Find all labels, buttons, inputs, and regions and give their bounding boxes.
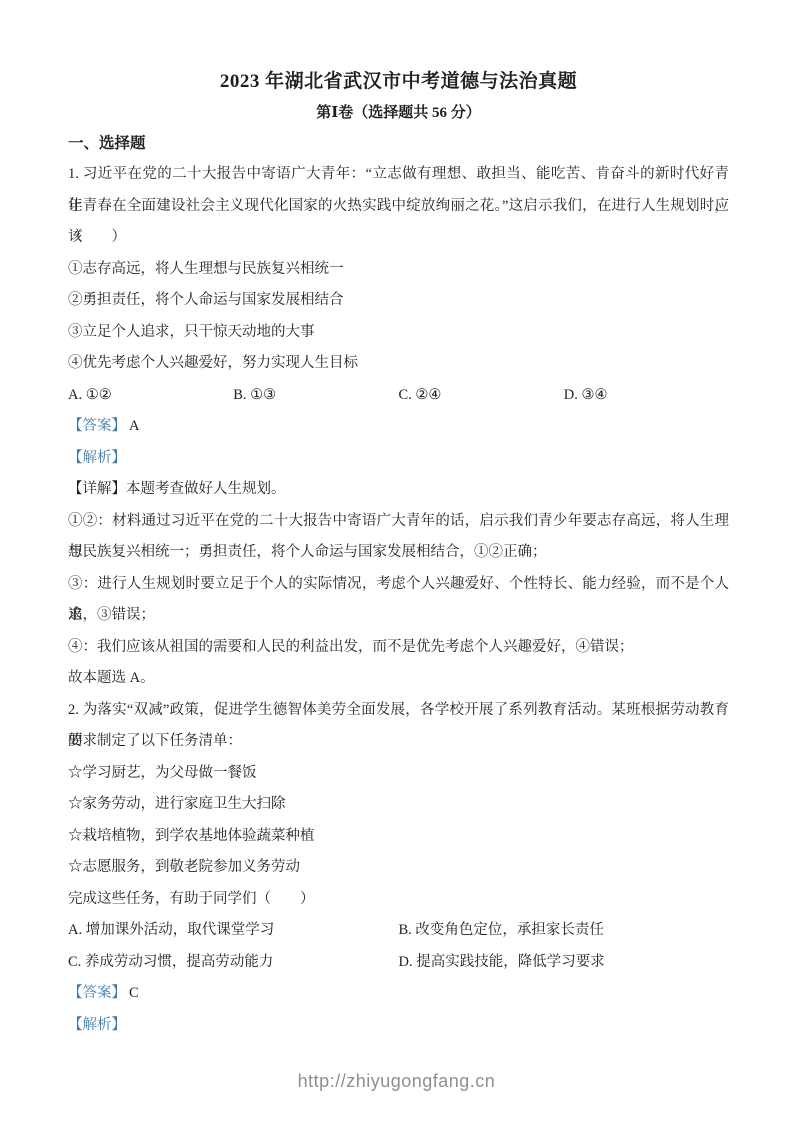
q2-analysis-line: 【解析】 [68, 1010, 729, 1042]
q1-analysis-label: 【解析】 [68, 450, 126, 466]
q2-answer-value: C [129, 985, 139, 1001]
q2-choice-c: C. 养成劳动习惯，提高劳动能力 [68, 947, 399, 979]
q2-stem-line-1: 2. 为落实“双减”政策，促进学生德智体美劳全面发展，各学校开展了系列教育活动。… [68, 695, 729, 727]
q2-task-line-3: ☆栽培植物，到学农基地体验蔬菜种植 [68, 821, 729, 853]
document-page: 2023 年湖北省武汉市中考道德与法治真题 第Ⅰ卷（选择题共 56 分） 一、选… [0, 0, 793, 1122]
q1-stem-line-3: （ ） [68, 222, 729, 254]
q1-numbered-option-3: ③立足个人追求，只干惊天动地的大事 [68, 317, 729, 349]
q2-task-line-4: ☆志愿服务，到敬老院参加义务劳动 [68, 852, 729, 884]
q2-choice-d: D. 提高实践技能，降低学习要求 [399, 947, 730, 979]
q2-task-line-1: ☆学习厨艺，为父母做一餐饭 [68, 758, 729, 790]
q1-answer-line: 【答案】A [68, 411, 729, 443]
q1-choice-b: B. ①③ [233, 380, 398, 412]
watermark-url: http://zhiyugongfang.cn [0, 1071, 793, 1092]
document-content: 2023 年湖北省武汉市中考道德与法治真题 第Ⅰ卷（选择题共 56 分） 一、选… [0, 0, 793, 1041]
q2-stem-line-3: 完成这些任务，有助于同学们（ ） [68, 884, 729, 916]
page-title: 2023 年湖北省武汉市中考道德与法治真题 [68, 66, 729, 98]
q2-choice-b: B. 改变角色定位，承担家长责任 [399, 915, 730, 947]
section-heading: 一、选择题 [68, 129, 729, 159]
q1-explanation-line-3: ③：进行人生规划时要立足于个人的实际情况，考虑个人兴趣爱好、个性特长、能力经验，… [68, 569, 729, 601]
q1-choice-c: C. ②④ [399, 380, 564, 412]
q1-answer-value: A [129, 418, 139, 434]
q1-numbered-option-2: ②勇担责任，将个人命运与国家发展相结合 [68, 285, 729, 317]
q1-stem-line-1: 1. 习近平在党的二十大报告中寄语广大青年：“立志做有理想、敢担当、能吃苦、肯奋… [68, 159, 729, 191]
q2-choices-row-2: C. 养成劳动习惯，提高劳动能力 D. 提高实践技能，降低学习要求 [68, 947, 729, 979]
page-subtitle: 第Ⅰ卷（选择题共 56 分） [68, 98, 729, 129]
q1-answer-label: 【答案】 [68, 418, 126, 434]
q2-answer-line: 【答案】C [68, 978, 729, 1010]
q2-choices-row-1: A. 增加课外活动，取代课堂学习 B. 改变角色定位，承担家长责任 [68, 915, 729, 947]
q1-analysis-line: 【解析】 [68, 443, 729, 475]
q1-explanation-line-1: ①②：材料通过习近平在党的二十大报告中寄语广大青年的话，启示我们青少年要志存高远… [68, 506, 729, 538]
q1-choices-row: A. ①② B. ①③ C. ②④ D. ③④ [68, 380, 729, 412]
q1-explanation-line-4: 求，③错误； [68, 600, 729, 632]
q2-task-line-2: ☆家务劳动，进行家庭卫生大扫除 [68, 789, 729, 821]
q1-explanation-line-5: ④：我们应该从祖国的需要和人民的利益出发，而不是优先考虑个人兴趣爱好，④错误； [68, 632, 729, 664]
q1-numbered-option-4: ④优先考虑个人兴趣爱好，努力实现人生目标 [68, 348, 729, 380]
q1-choice-d: D. ③④ [564, 380, 729, 412]
q1-choice-a: A. ①② [68, 380, 233, 412]
q2-choice-a: A. 增加课外活动，取代课堂学习 [68, 915, 399, 947]
q1-numbered-option-1: ①志存高远，将人生理想与民族复兴相统一 [68, 254, 729, 286]
q2-stem-line-2: 要求制定了以下任务清单： [68, 726, 729, 758]
q2-analysis-label: 【解析】 [68, 1017, 126, 1033]
q1-detail-line: 【详解】本题考查做好人生规划。 [68, 474, 729, 506]
q1-stem-line-2: 让青春在全面建设社会主义现代化国家的火热实践中绽放绚丽之花。”这启示我们，在进行… [68, 191, 729, 223]
q2-answer-label: 【答案】 [68, 985, 126, 1001]
q1-explanation-line-2: 与民族复兴相统一；勇担责任，将个人命运与国家发展相结合，①②正确； [68, 537, 729, 569]
q1-explanation-line-6: 故本题选 A。 [68, 663, 729, 695]
